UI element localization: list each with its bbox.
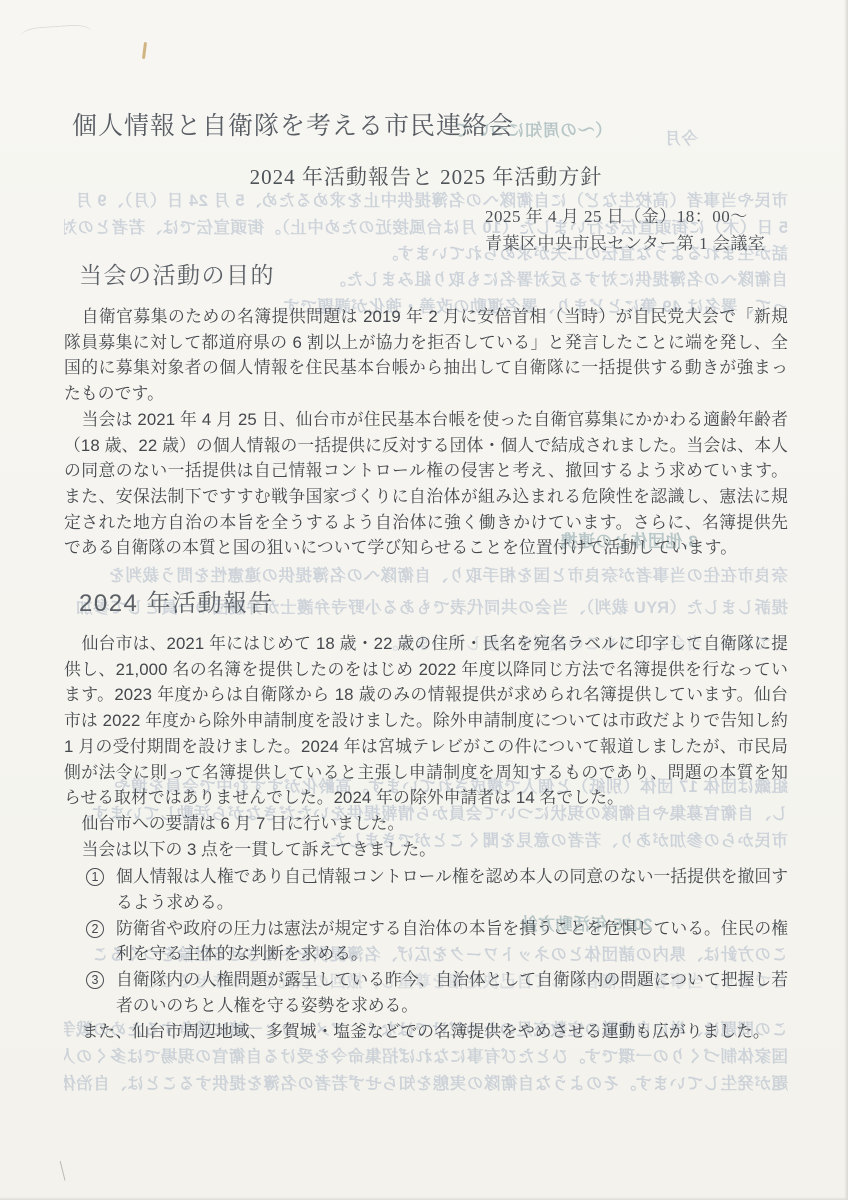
list-item-text: 自衛隊内の人権問題が露呈している昨今、自治体として自衛隊内の問題について把握し若…: [116, 970, 788, 1015]
report-closing-line: また、仙台市周辺地域、多賀城・塩釜などでの名簿提供をやめさせる運動も広がりました…: [64, 1019, 788, 1045]
list-item: 3 自衛隊内の人権問題が露呈している昨今、自治体として自衛隊内の問題について把握…: [116, 967, 788, 1018]
meeting-info: 2025 年 4 月 25 日（金）18：00～ 青葉区中央市民センター第 1 …: [485, 203, 788, 257]
report-appeal-line: 当会は以下の 3 点を一貫して訴えてきました。: [64, 837, 788, 863]
section-heading-purpose: 当会の活動の目的: [79, 260, 788, 290]
list-item: 1 個人情報は人権であり自己情報コントロール権を認め本人の同意のない一括提供を撤…: [116, 864, 788, 915]
list-item-text: 個人情報は人権であり自己情報コントロール権を認め本人の同意のない一括提供を撤回す…: [116, 867, 788, 912]
organization-title: 個人情報と自衛隊を考える市民連絡会: [72, 111, 788, 142]
bleedthrough-text: 題が発生しています。そのような自衛隊の実態を知らせず若者の名簿を提供することは、…: [64, 1073, 788, 1096]
document-title: 2024 年活動報告と 2025 年活動方針: [64, 164, 788, 190]
pen-mark-artifact: [60, 1159, 73, 1180]
bleedthrough-text: 国家体制づくりの一環です。ひとたび有事になれば招集命令を受ける自衛官の現場では多…: [64, 1046, 788, 1069]
demand-list: 1 個人情報は人権であり自己情報コントロール権を認め本人の同意のない一括提供を撤…: [64, 864, 788, 1018]
purpose-paragraph-2: 当会は 2021 年 4 月 25 日、仙台市が住民基本台帳を使った自衛官募集に…: [64, 407, 788, 561]
scanned-document-page: （～の周知について 今月 市民や当事者（高校生など）に自衛隊への名簿提供中止を求…: [0, 0, 848, 1200]
item-number-circle: 3: [86, 971, 104, 989]
section-heading-report: 2024 年活動報告: [79, 589, 788, 619]
item-number-circle: 2: [86, 920, 104, 938]
meeting-venue: 青葉区中央市民センター第 1 会議室: [485, 230, 788, 257]
item-number-circle: 1: [86, 868, 104, 886]
report-request-line: 仙台市への要請は 6 月 7 日に行いました。: [64, 811, 788, 837]
list-item: 2 防衛省や政府の圧力は憲法が規定する自治体の本旨を損うことを危惧している。住民…: [116, 916, 788, 967]
document-content: 個人情報と自衛隊を考える市民連絡会 2024 年活動報告と 2025 年活動方針…: [0, 111, 848, 1044]
paper-speck-artifact: [142, 42, 147, 59]
pencil-smudge-artifact: [19, 24, 92, 46]
report-paragraph-1: 仙台市は、2021 年にはじめて 18 歳・22 歳の住所・氏名を宛名ラベルに印…: [64, 631, 788, 811]
meeting-datetime: 2025 年 4 月 25 日（金）18：00～: [485, 203, 788, 230]
purpose-paragraph-1: 自衛官募集のための名簿提供問題は 2019 年 2 月に安倍首相（当時）が自民党…: [64, 304, 788, 407]
list-item-text: 防衛省や政府の圧力は憲法が規定する自治体の本旨を損うことを危惧している。住民の権…: [116, 919, 788, 964]
